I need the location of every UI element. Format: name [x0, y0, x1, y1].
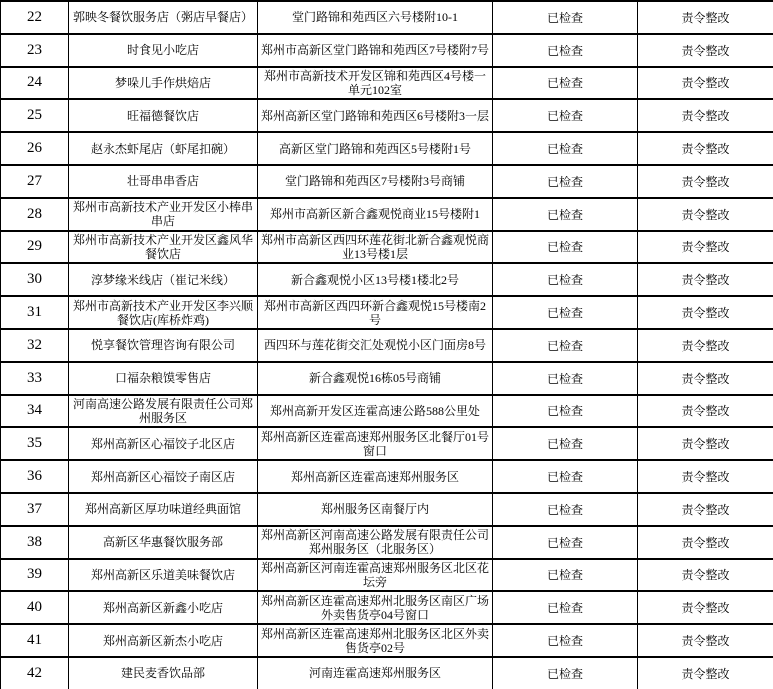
establishment-name-cell: 郑州高新区厚功味道经典面馆 [69, 493, 258, 526]
inspection-status-cell: 已检查 [493, 624, 638, 657]
address-cell: 堂门路锦和苑西区7号楼附3号商铺 [258, 165, 493, 198]
establishment-name-cell: 时食见小吃店 [69, 34, 258, 67]
inspection-status-cell: 已检查 [493, 263, 638, 296]
establishment-name-cell: 悦享餐饮管理咨询有限公司 [69, 329, 258, 362]
address-cell: 郑州市高新区西四环新合鑫观悦15号楼南2号 [258, 296, 493, 329]
table-row: 31郑州市高新技术产业开发区李兴顺餐饮店(库桥炸鸡)郑州市高新区西四环新合鑫观悦… [1, 296, 773, 329]
address-cell: 河南连霍高速郑州服务区 [258, 657, 493, 689]
inspection-status-cell: 已检查 [493, 493, 638, 526]
establishment-name-cell: 壮哥串串香店 [69, 165, 258, 198]
table-row: 40郑州高新区新鑫小吃店郑州高新区连霍高速郑州北服务区南区广场外卖售货亭04号窗… [1, 591, 773, 624]
row-number-cell: 41 [1, 624, 69, 657]
row-number-cell: 27 [1, 165, 69, 198]
inspection-status-cell: 已检查 [493, 198, 638, 231]
action-result-cell: 责令整改 [638, 34, 773, 67]
establishment-name-cell: 建民麦香饮品部 [69, 657, 258, 689]
inspection-status-cell: 已检查 [493, 1, 638, 34]
address-cell: 郑州高新区堂门路锦和苑西区6号楼附3一层 [258, 99, 493, 132]
row-number-cell: 33 [1, 362, 69, 395]
address-cell: 郑州高新区河南连霍高速郑州服务区北区花坛旁 [258, 559, 493, 592]
action-result-cell: 责令整改 [638, 231, 773, 264]
row-number-cell: 32 [1, 329, 69, 362]
establishment-name-cell: 郑州高新区新鑫小吃店 [69, 591, 258, 624]
inspection-status-cell: 已检查 [493, 526, 638, 559]
action-result-cell: 责令整改 [638, 198, 773, 231]
action-result-cell: 责令整改 [638, 657, 773, 689]
address-cell: 新合鑫观悦小区13号楼1楼北2号 [258, 263, 493, 296]
inspection-status-cell: 已检查 [493, 99, 638, 132]
table-body: 22郭映冬餐饮服务店（粥店早餐店）堂门路锦和苑西区六号楼附10-1已检查责令整改… [1, 1, 773, 689]
table-row: 24梦哚儿手作烘焙店郑州市高新技术开发区锦和苑西区4号楼一单元102室已检查责令… [1, 67, 773, 100]
address-cell: 郑州市高新区堂门路锦和苑西区7号楼附7号 [258, 34, 493, 67]
row-number-cell: 35 [1, 427, 69, 460]
establishment-name-cell: 赵永杰虾尾店（虾尾扣碗） [69, 132, 258, 165]
row-number-cell: 24 [1, 67, 69, 100]
inspection-status-cell: 已检查 [493, 591, 638, 624]
row-number-cell: 38 [1, 526, 69, 559]
table-row: 30淳梦缘米线店（崔记米线）新合鑫观悦小区13号楼1楼北2号已检查责令整改 [1, 263, 773, 296]
table-row: 42建民麦香饮品部河南连霍高速郑州服务区已检查责令整改 [1, 657, 773, 689]
establishment-name-cell: 口福杂粮馍零售店 [69, 362, 258, 395]
address-cell: 郑州高新区河南高速公路发展有限责任公司郑州服务区（北服务区） [258, 526, 493, 559]
table-row: 35郑州高新区心福饺子北区店郑州高新区连霍高速郑州服务区北餐厅01号窗口已检查责… [1, 427, 773, 460]
action-result-cell: 责令整改 [638, 263, 773, 296]
action-result-cell: 责令整改 [638, 427, 773, 460]
address-cell: 郑州高新区连霍高速郑州北服务区南区广场外卖售货亭04号窗口 [258, 591, 493, 624]
action-result-cell: 责令整改 [638, 460, 773, 493]
table-row: 29郑州市高新技术产业开发区鑫风华餐饮店郑州市高新区西四环莲花街北新合鑫观悦商业… [1, 231, 773, 264]
establishment-name-cell: 梦哚儿手作烘焙店 [69, 67, 258, 100]
establishment-name-cell: 高新区华惠餐饮服务部 [69, 526, 258, 559]
address-cell: 西四环与莲花街交汇处观悦小区门面房8号 [258, 329, 493, 362]
inspection-results-table: 22郭映冬餐饮服务店（粥店早餐店）堂门路锦和苑西区六号楼附10-1已检查责令整改… [0, 0, 773, 689]
address-cell: 郑州市高新区西四环莲花街北新合鑫观悦商业13号楼1层 [258, 231, 493, 264]
action-result-cell: 责令整改 [638, 67, 773, 100]
row-number-cell: 25 [1, 99, 69, 132]
action-result-cell: 责令整改 [638, 395, 773, 428]
address-cell: 郑州市高新技术开发区锦和苑西区4号楼一单元102室 [258, 67, 493, 100]
establishment-name-cell: 郑州高新区乐道美味餐饮店 [69, 559, 258, 592]
establishment-name-cell: 郑州市高新技术产业开发区李兴顺餐饮店(库桥炸鸡) [69, 296, 258, 329]
action-result-cell: 责令整改 [638, 493, 773, 526]
action-result-cell: 责令整改 [638, 559, 773, 592]
row-number-cell: 37 [1, 493, 69, 526]
table-row: 27壮哥串串香店堂门路锦和苑西区7号楼附3号商铺已检查责令整改 [1, 165, 773, 198]
table-row: 39郑州高新区乐道美味餐饮店郑州高新区河南连霍高速郑州服务区北区花坛旁已检查责令… [1, 559, 773, 592]
action-result-cell: 责令整改 [638, 132, 773, 165]
action-result-cell: 责令整改 [638, 99, 773, 132]
address-cell: 郑州高新区连霍高速郑州北服务区北区外卖售货亭02号 [258, 624, 493, 657]
action-result-cell: 责令整改 [638, 526, 773, 559]
establishment-name-cell: 郑州高新区新杰小吃店 [69, 624, 258, 657]
table-row: 22郭映冬餐饮服务店（粥店早餐店）堂门路锦和苑西区六号楼附10-1已检查责令整改 [1, 1, 773, 34]
row-number-cell: 39 [1, 559, 69, 592]
establishment-name-cell: 淳梦缘米线店（崔记米线） [69, 263, 258, 296]
row-number-cell: 29 [1, 231, 69, 264]
row-number-cell: 34 [1, 395, 69, 428]
inspection-status-cell: 已检查 [493, 362, 638, 395]
address-cell: 新合鑫观悦16栋05号商铺 [258, 362, 493, 395]
row-number-cell: 42 [1, 657, 69, 689]
table-row: 23时食见小吃店郑州市高新区堂门路锦和苑西区7号楼附7号已检查责令整改 [1, 34, 773, 67]
inspection-status-cell: 已检查 [493, 132, 638, 165]
table-row: 34河南高速公路发展有限责任公司郑州服务区郑州高新开发区连霍高速公路588公里处… [1, 395, 773, 428]
inspection-status-cell: 已检查 [493, 559, 638, 592]
row-number-cell: 30 [1, 263, 69, 296]
inspection-status-cell: 已检查 [493, 67, 638, 100]
establishment-name-cell: 河南高速公路发展有限责任公司郑州服务区 [69, 395, 258, 428]
inspection-status-cell: 已检查 [493, 34, 638, 67]
row-number-cell: 36 [1, 460, 69, 493]
inspection-status-cell: 已检查 [493, 657, 638, 689]
table-row: 37郑州高新区厚功味道经典面馆郑州服务区南餐厅内已检查责令整改 [1, 493, 773, 526]
establishment-name-cell: 郑州高新区心福饺子北区店 [69, 427, 258, 460]
table-row: 25旺福德餐饮店郑州高新区堂门路锦和苑西区6号楼附3一层已检查责令整改 [1, 99, 773, 132]
row-number-cell: 40 [1, 591, 69, 624]
row-number-cell: 26 [1, 132, 69, 165]
action-result-cell: 责令整改 [638, 624, 773, 657]
table-row: 36郑州高新区心福饺子南区店郑州高新区连霍高速郑州服务区已检查责令整改 [1, 460, 773, 493]
address-cell: 郑州高新区连霍高速郑州服务区北餐厅01号窗口 [258, 427, 493, 460]
action-result-cell: 责令整改 [638, 362, 773, 395]
table-row: 32悦享餐饮管理咨询有限公司西四环与莲花街交汇处观悦小区门面房8号已检查责令整改 [1, 329, 773, 362]
address-cell: 堂门路锦和苑西区六号楼附10-1 [258, 1, 493, 34]
address-cell: 郑州市高新区新合鑫观悦商业15号楼附1 [258, 198, 493, 231]
action-result-cell: 责令整改 [638, 591, 773, 624]
inspection-status-cell: 已检查 [493, 427, 638, 460]
action-result-cell: 责令整改 [638, 329, 773, 362]
table-row: 26赵永杰虾尾店（虾尾扣碗）高新区堂门路锦和苑西区5号楼附1号已检查责令整改 [1, 132, 773, 165]
inspection-status-cell: 已检查 [493, 296, 638, 329]
inspection-status-cell: 已检查 [493, 231, 638, 264]
action-result-cell: 责令整改 [638, 165, 773, 198]
table-row: 33口福杂粮馍零售店新合鑫观悦16栋05号商铺已检查责令整改 [1, 362, 773, 395]
address-cell: 高新区堂门路锦和苑西区5号楼附1号 [258, 132, 493, 165]
table-row: 28郑州市高新技术产业开发区小棒串串店郑州市高新区新合鑫观悦商业15号楼附1已检… [1, 198, 773, 231]
row-number-cell: 22 [1, 1, 69, 34]
address-cell: 郑州高新区连霍高速郑州服务区 [258, 460, 493, 493]
address-cell: 郑州服务区南餐厅内 [258, 493, 493, 526]
row-number-cell: 28 [1, 198, 69, 231]
table-row: 41郑州高新区新杰小吃店郑州高新区连霍高速郑州北服务区北区外卖售货亭02号已检查… [1, 624, 773, 657]
inspection-status-cell: 已检查 [493, 395, 638, 428]
establishment-name-cell: 旺福德餐饮店 [69, 99, 258, 132]
inspection-status-cell: 已检查 [493, 329, 638, 362]
inspection-status-cell: 已检查 [493, 165, 638, 198]
row-number-cell: 23 [1, 34, 69, 67]
action-result-cell: 责令整改 [638, 1, 773, 34]
action-result-cell: 责令整改 [638, 296, 773, 329]
table-row: 38高新区华惠餐饮服务部郑州高新区河南高速公路发展有限责任公司郑州服务区（北服务… [1, 526, 773, 559]
row-number-cell: 31 [1, 296, 69, 329]
establishment-name-cell: 郑州市高新技术产业开发区鑫风华餐饮店 [69, 231, 258, 264]
inspection-status-cell: 已检查 [493, 460, 638, 493]
address-cell: 郑州高新开发区连霍高速公路588公里处 [258, 395, 493, 428]
establishment-name-cell: 郭映冬餐饮服务店（粥店早餐店） [69, 1, 258, 34]
establishment-name-cell: 郑州市高新技术产业开发区小棒串串店 [69, 198, 258, 231]
establishment-name-cell: 郑州高新区心福饺子南区店 [69, 460, 258, 493]
